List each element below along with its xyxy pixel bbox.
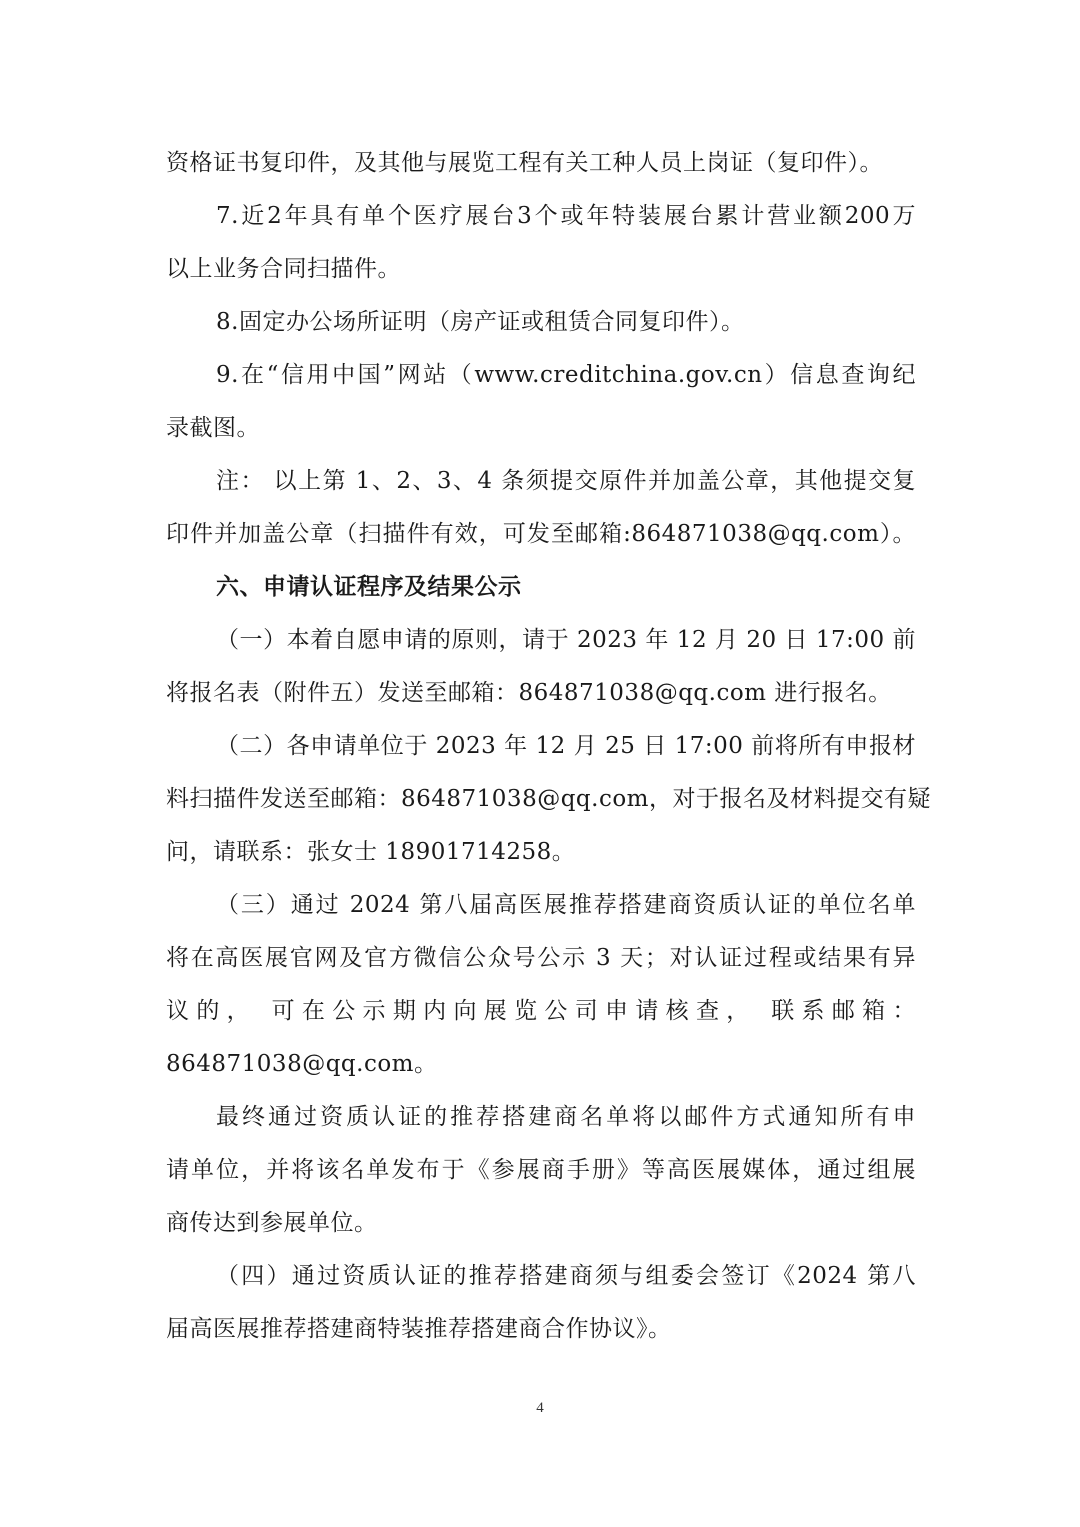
text-line: 8.固定办公场所证明（房产证或租赁合同复印件）。	[216, 307, 916, 337]
text-line: （三）通过 2024 第八届高医展推荐搭建商资质认证的单位名单	[216, 890, 916, 920]
text-line: 资格证书复印件，及其他与展览工程有关工种人员上岗证（复印件）。	[166, 148, 916, 178]
text-line: 9.在“信用中国”网站（www.creditchina.gov.cn）信息查询纪	[216, 360, 916, 390]
text-line: 届高医展推荐搭建商特装推荐搭建商合作协议》。	[166, 1314, 916, 1344]
text-line: 料扫描件发送至邮箱：864871038@qq.com，对于报名及材料提交有疑	[166, 784, 916, 814]
section-heading: 六、申请认证程序及结果公示	[216, 572, 916, 602]
text-line: （二）各申请单位于 2023 年 12 月 25 日 17:00 前将所有申报材	[216, 731, 916, 761]
text-line: 将在高医展官网及官方微信公众号公示 3 天；对认证过程或结果有异	[166, 943, 916, 973]
text-line: 商传达到参展单位。	[166, 1208, 916, 1238]
text-line: （四）通过资质认证的推荐搭建商须与组委会签订《2024 第八	[216, 1261, 916, 1291]
text-line: 请单位，并将该名单发布于《参展商手册》等高医展媒体，通过组展	[166, 1155, 916, 1185]
text-line: 印件并加盖公章（扫描件有效，可发至邮箱:864871038@qq.com）。	[166, 519, 916, 549]
text-line: 将报名表（附件五）发送至邮箱：864871038@qq.com 进行报名。	[166, 678, 916, 708]
text-line: 议的， 可在公示期内向展览公司申请核查， 联系邮箱：	[166, 996, 916, 1026]
text-line: 864871038@qq.com。	[166, 1049, 916, 1079]
text-line: （一）本着自愿申请的原则，请于 2023 年 12 月 20 日 17:00 前	[216, 625, 916, 655]
page-number: 4	[0, 1400, 1080, 1417]
text-line: 最终通过资质认证的推荐搭建商名单将以邮件方式通知所有申	[216, 1102, 916, 1132]
text-line: 以上业务合同扫描件。	[166, 254, 916, 284]
text-line: 问，请联系：张女士 18901714258。	[166, 837, 916, 867]
text-line: 录截图。	[166, 413, 916, 443]
document-page: 资格证书复印件，及其他与展览工程有关工种人员上岗证（复印件）。7.近2年具有单个…	[0, 0, 1080, 1527]
text-line: 7.近2年具有单个医疗展台3个或年特装展台累计营业额200万	[216, 201, 916, 231]
text-line: 注： 以上第 1、2、3、4 条须提交原件并加盖公章，其他提交复	[216, 466, 916, 496]
